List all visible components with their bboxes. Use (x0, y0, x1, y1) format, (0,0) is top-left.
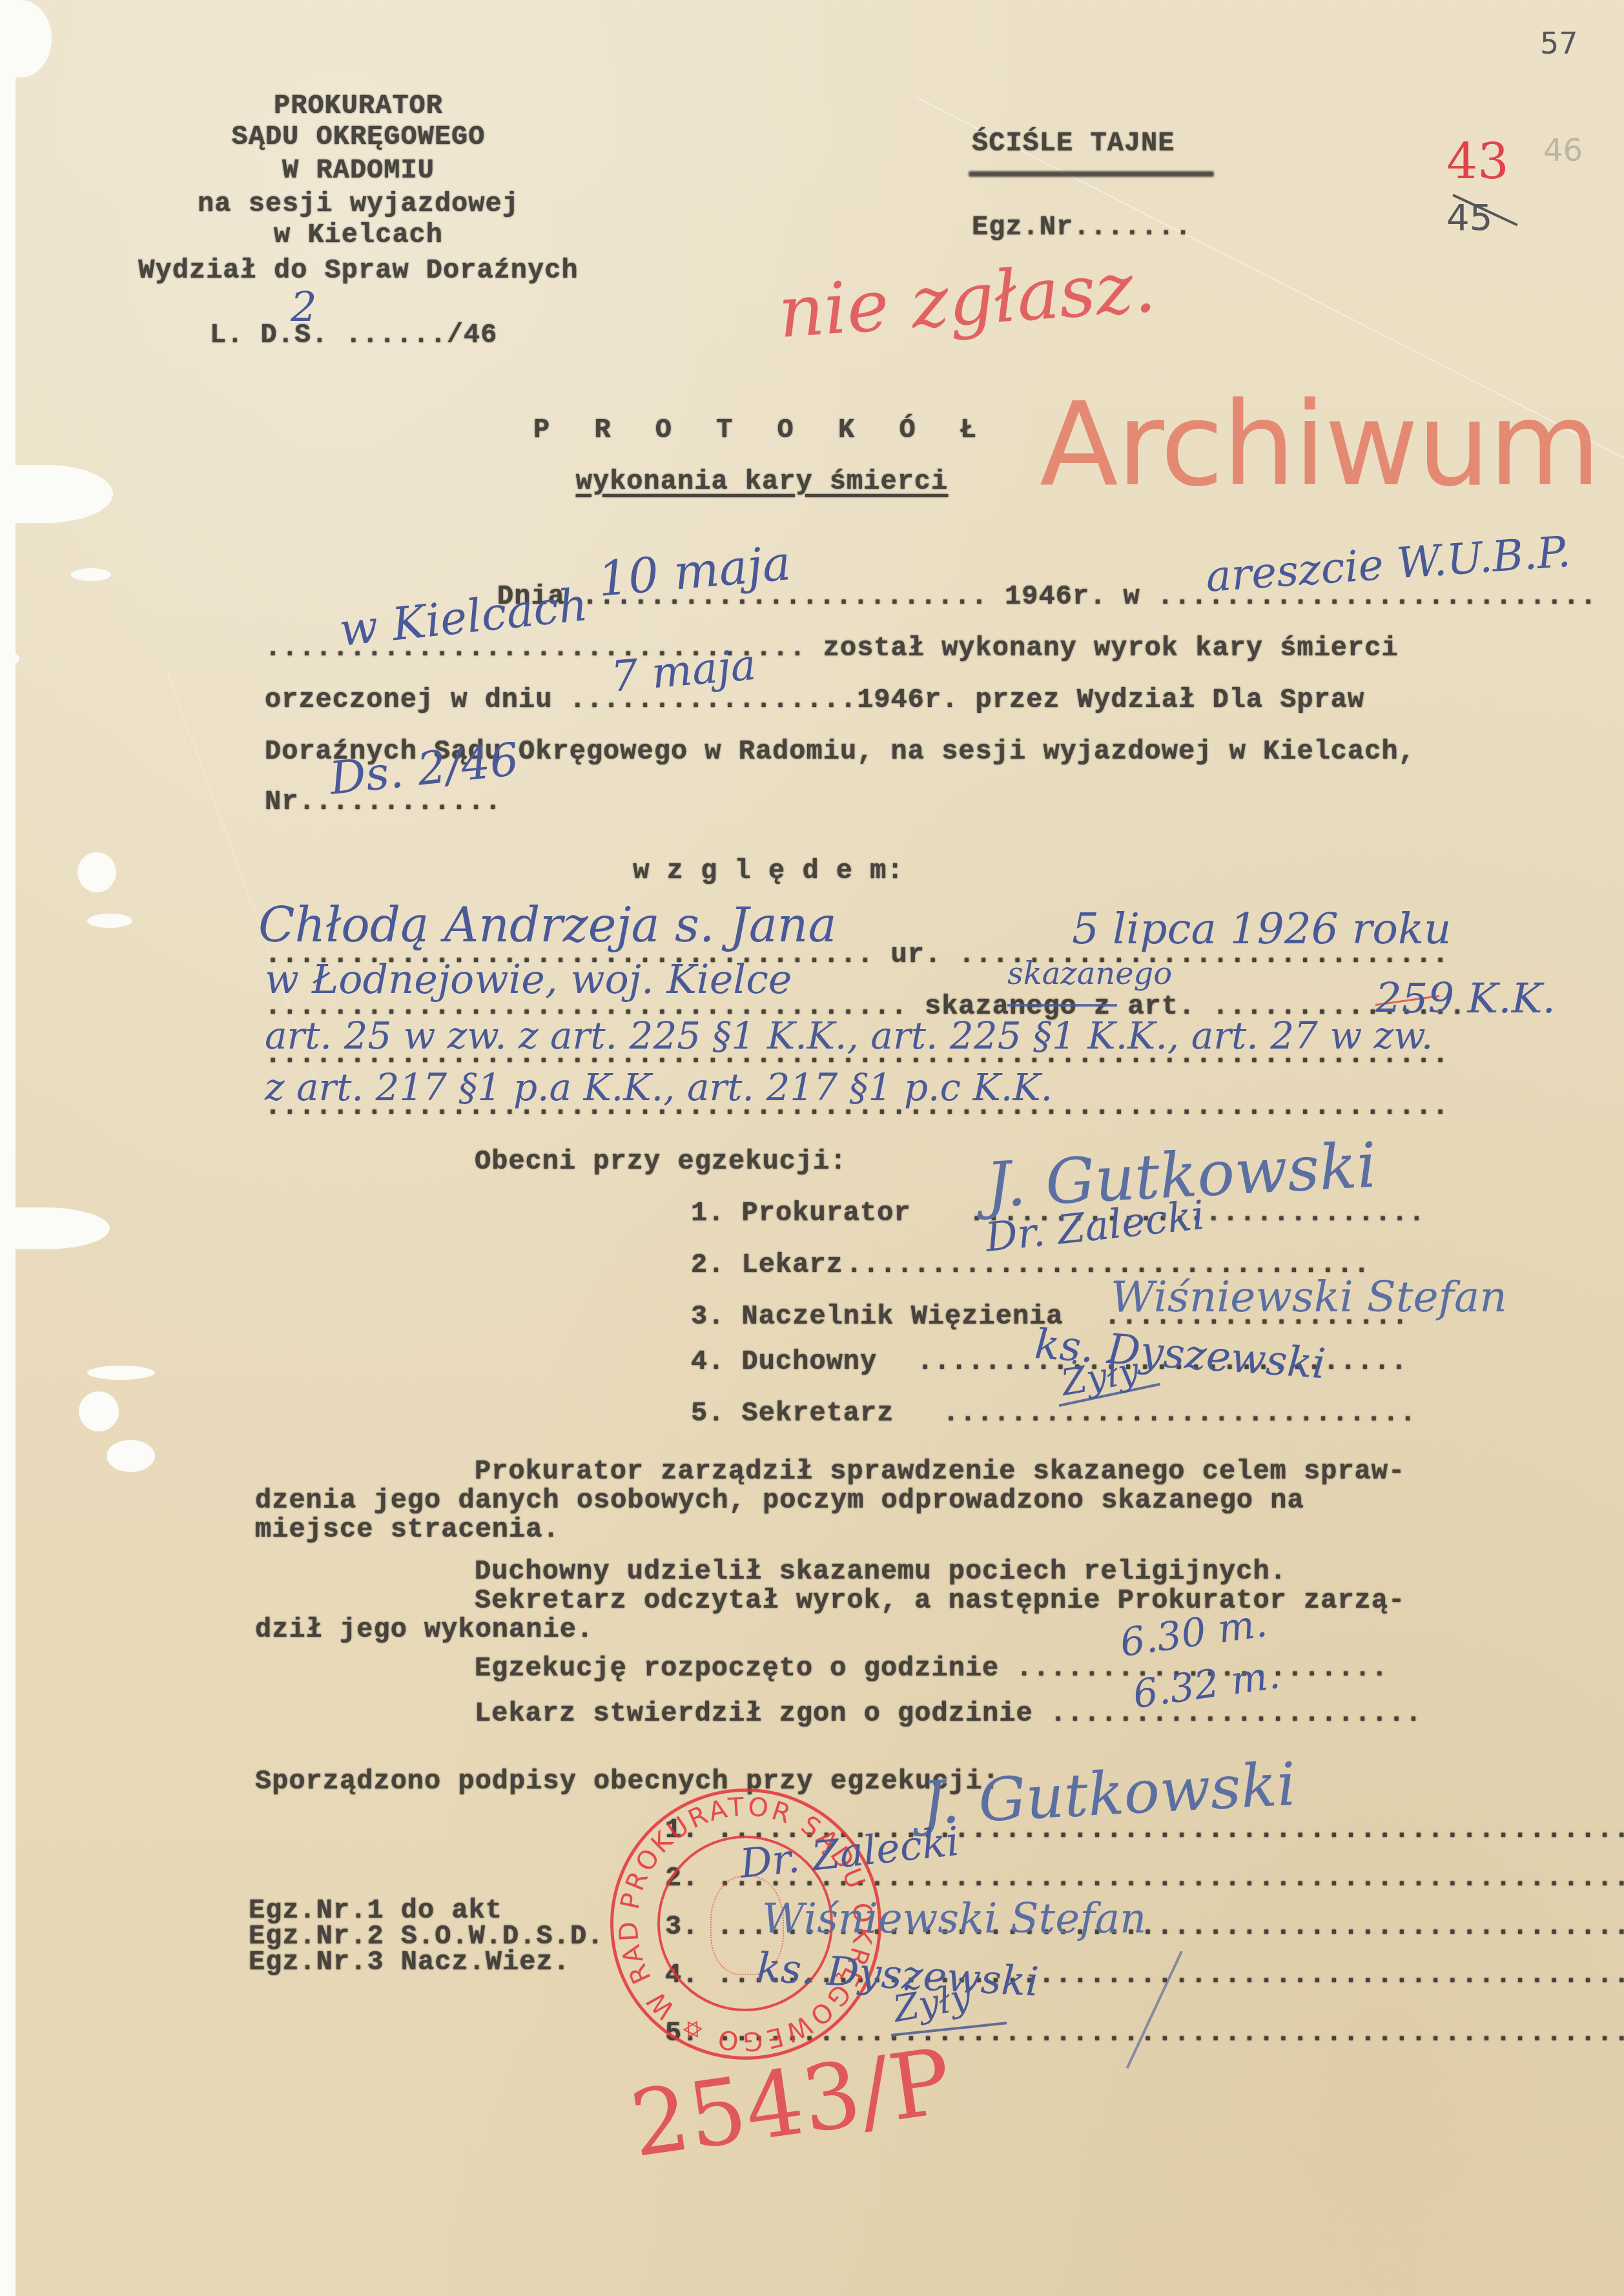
issuer-line: SĄDU OKRĘGOWEGO (231, 121, 485, 152)
reference-number: L. D.S. ....../46 (210, 320, 497, 351)
narrative-line: Sekretarz odczytał wyrok, a następnie Pr… (475, 1585, 1405, 1616)
document-title: P R O T O K Ó Ł (533, 415, 991, 446)
document-subtitle: wykonania kary śmierci (576, 466, 949, 497)
inserted-word-handwritten: skazanego (1007, 956, 1172, 992)
issuer-line: Wydział do Spraw Doraźnych (138, 255, 578, 286)
strike-line (1007, 1004, 1117, 1007)
issuer-line: W RADOMIU (282, 155, 435, 186)
attendee-label: 5. Sekretarz (691, 1398, 894, 1429)
classification-underline (969, 171, 1214, 177)
narrative-line: dził jego wykonanie. (255, 1614, 593, 1645)
copy-number: Egz.Nr....... (972, 212, 1192, 243)
defendant-name-handwritten: Chłodą Andrzeja s. Jana (258, 897, 837, 953)
new-folio-number: 45 (1446, 197, 1492, 239)
reference-handwritten: 2 (291, 284, 317, 332)
old-folio-number: 43 (1446, 132, 1509, 190)
subject-heading: w z g l ę d e m: (633, 856, 903, 887)
punch-hole (107, 1440, 155, 1472)
punch-hole (87, 914, 132, 928)
birth-place-handwritten: w Łodnejowie, woj. Kielce (265, 956, 792, 1003)
charges-handwritten: z art. 217 §1 p.a K.K., art. 217 §1 p.c … (265, 1065, 1053, 1109)
issuer-line: na sesji wyjazdowej (198, 189, 519, 220)
attendee-label: 2. Lekarz (691, 1249, 843, 1280)
punch-hole (77, 852, 116, 892)
attendee-label: 3. Naczelnik Więzienia (691, 1301, 1064, 1332)
narrative-line: Prokurator zarządził sprawdzenie skazane… (475, 1456, 1405, 1487)
narrative-line: miejsce stracenia. (255, 1514, 560, 1545)
attendee-label: 4. Duchowny (691, 1346, 877, 1377)
charges-handwritten: art. 25 w zw. z art. 225 §1 K.K., art. 2… (265, 1014, 1433, 1058)
archive-stamp: Archiwum (1040, 378, 1599, 511)
narrative-line: Duchowny udzielił skazanemu pociech reli… (475, 1556, 1287, 1587)
warden-signature: Wiśniewski Stefan (762, 1895, 1146, 1943)
warden-signature: Wiśniewski Stefan (1111, 1272, 1507, 1322)
narrative-line: dzenia jego danych osobowych, poczym odp… (255, 1485, 1304, 1516)
punch-hole (87, 1366, 155, 1380)
issuer-line: w Kielcach (274, 220, 443, 251)
attendee-dots: ............................ (943, 1398, 1417, 1429)
copy-distribution: Egz.Nr.3 Nacz.Wiez. (249, 1947, 570, 1978)
punch-hole (71, 568, 111, 581)
attendee-label: 1. Prokurator (691, 1198, 911, 1229)
birth-date-handwritten: 5 lipca 1926 roku (1072, 904, 1451, 954)
body-line: orzeczonej w dniu .................1946r… (265, 684, 1364, 715)
folio-number: 57 (1540, 26, 1578, 61)
punch-hole (79, 1391, 119, 1431)
faint-folio-number: 46 (1543, 132, 1583, 169)
attendees-heading: Obecni przy egzekucji: (475, 1146, 847, 1177)
narrative-line: Lekarz stwierdził zgon o godzinie ......… (475, 1698, 1422, 1729)
classification-label: ŚCIŚLE TAJNE (972, 128, 1175, 159)
issuer-line: PROKURATOR (274, 90, 443, 121)
